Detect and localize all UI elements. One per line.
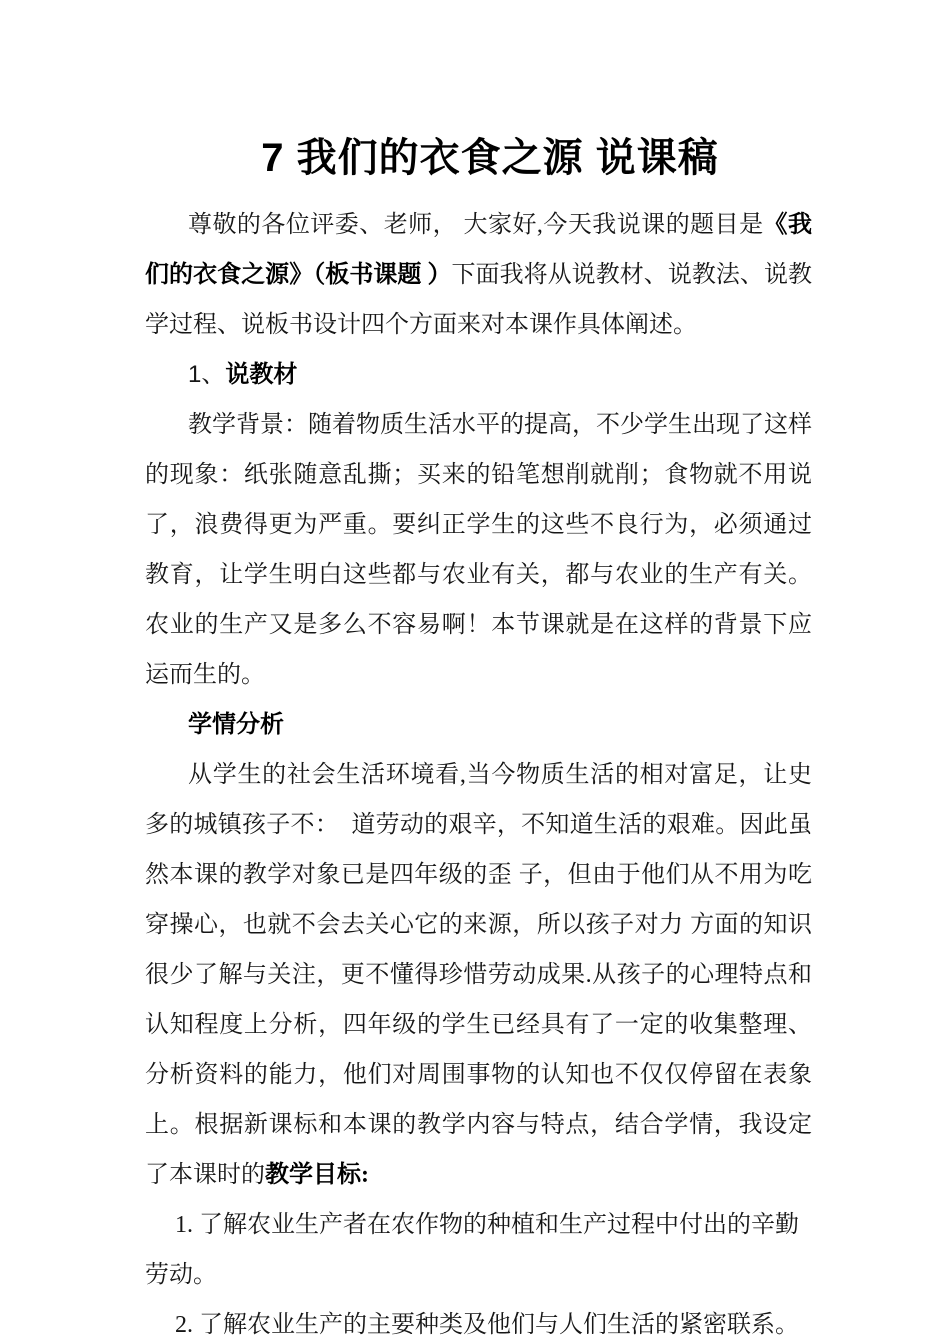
learner-analysis-paragraph: 从学生的社会生活环境看,当今物质生活的相对富足，让史多的城镇孩子不： 道劳动的艰… [145,750,812,1200]
intro-lead-text: 尊敬的各位评委、老师， 大家好,今天我说课的题目是 [188,212,764,238]
teaching-goals-label: 教学目标: [265,1162,369,1188]
section-heading-label: 说教材 [225,362,297,388]
objective-item-1: 1. 了解农业生产者在农作物的种植和生产过程中付出的辛勤劳动。 [145,1200,812,1300]
teaching-background-paragraph: 教学背景：随着物质生活水平的提高，不少学生出现了这样的现象：纸张随意乱撕；买来的… [145,400,812,700]
objective-item-2: 2. 了解农业生产的主要种类及他们与人们生活的紧密联系。 [145,1300,812,1344]
section-heading-analysis: 学情分析 [145,700,812,750]
section-heading-material: 1、说教材 [145,350,812,400]
intro-paragraph: 尊敬的各位评委、老师， 大家好,今天我说课的题目是《我们的衣食之源》（板书课题 … [145,200,812,350]
analysis-heading-label: 学情分析 [188,712,284,738]
document-page: 7 我们的衣食之源 说课稿 尊敬的各位评委、老师， 大家好,今天我说课的题目是《… [0,0,950,1344]
analysis-body-text: 从学生的社会生活环境看,当今物质生活的相对富足，让史多的城镇孩子不： 道劳动的艰… [145,762,812,1188]
document-body: 尊敬的各位评委、老师， 大家好,今天我说课的题目是《我们的衣食之源》（板书课题 … [145,200,812,1344]
document-title: 7 我们的衣食之源 说课稿 [145,128,835,188]
section-number: 1、 [188,361,225,388]
